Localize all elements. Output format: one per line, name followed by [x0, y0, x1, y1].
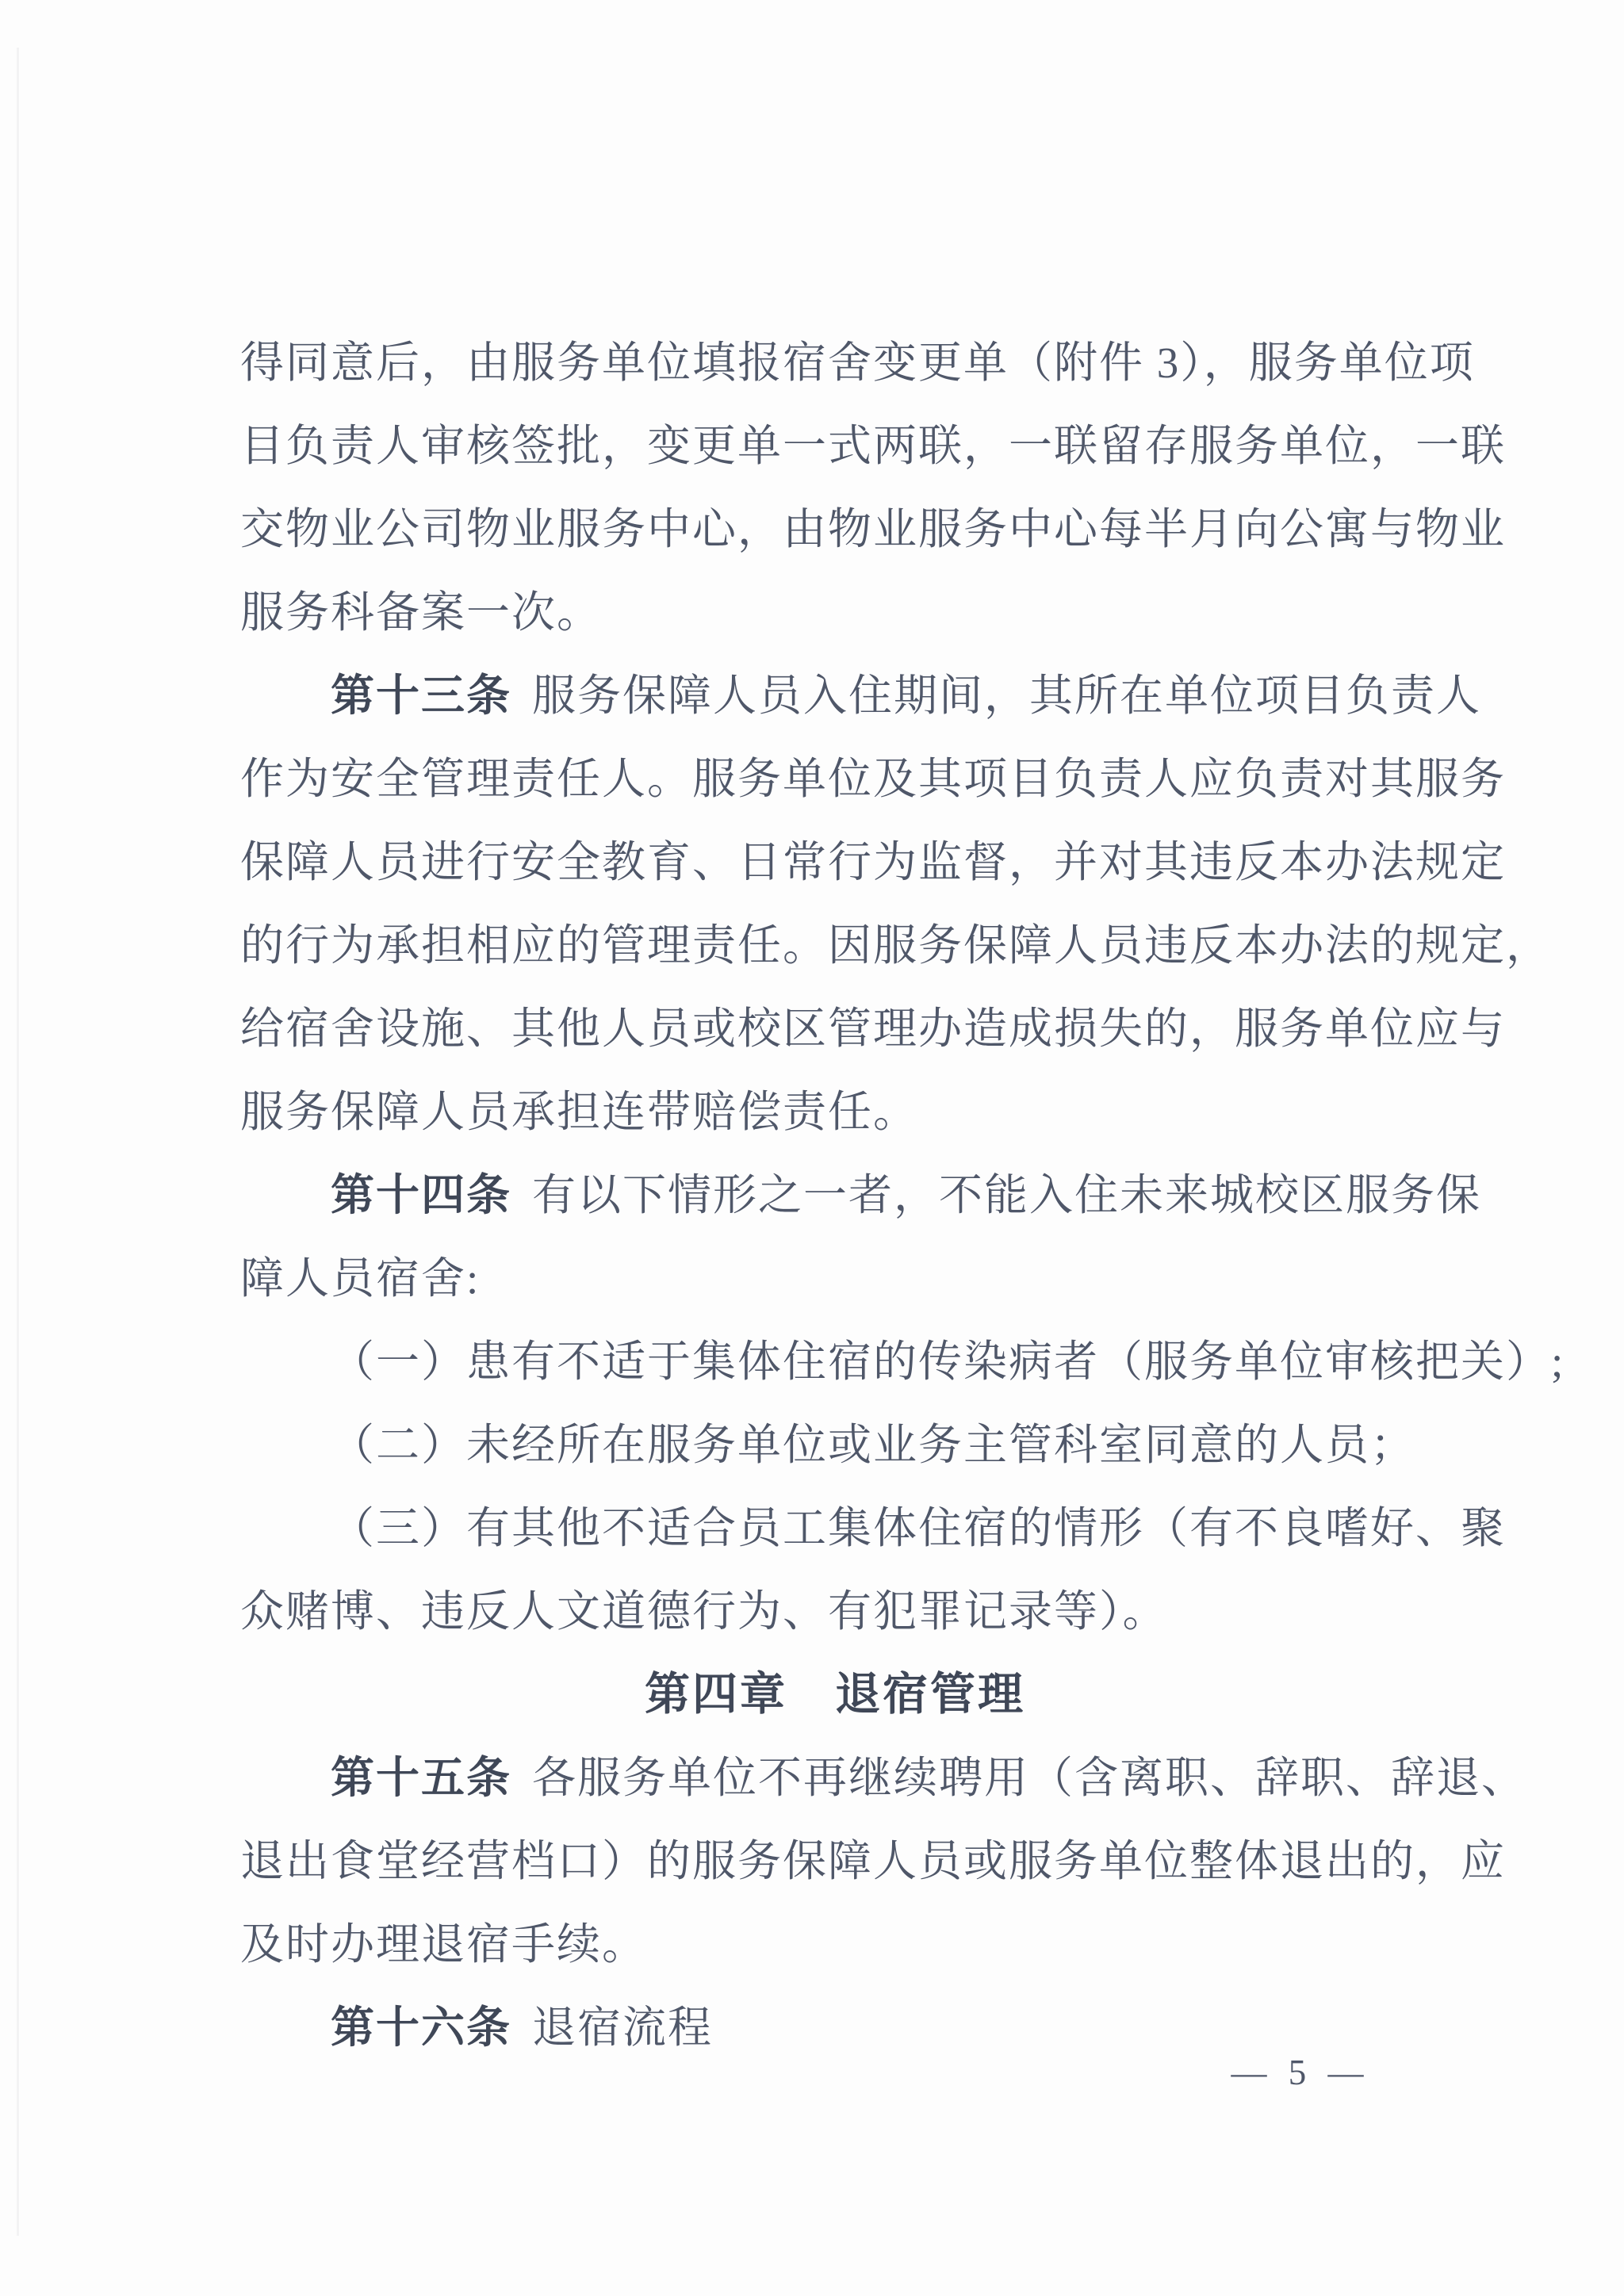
line-text: 服务科备案一次。: [240, 588, 602, 637]
document-line: 障人员宿舍:: [240, 1237, 1512, 1320]
document-line: （一）患有不适于集体住宿的传染病者（服务单位审核把关）;: [240, 1320, 1512, 1403]
document-line: 第十三条服务保障人员入住期间，其所在单位项目负责人: [240, 654, 1512, 737]
line-text: 服务保障人员入住期间，其所在单位项目负责人: [532, 672, 1481, 720]
line-text: （三）有其他不适合员工集体住宿的情形（有不良嗜好、聚: [331, 1504, 1506, 1552]
line-text: 的行为承担相应的管理责任。因服务保障人员违反本办法的规定，: [240, 921, 1551, 970]
line-text: 退出食堂经营档口）的服务保障人员或服务单位整体退出的，应: [240, 1837, 1506, 1885]
document-text-block: 得同意后，由服务单位填报宿舍变更单（附件 3），服务单位项目负责人审核签批，变更…: [240, 321, 1512, 2069]
line-text: （一）患有不适于集体住宿的传染病者（服务单位审核把关）;: [331, 1337, 1565, 1386]
page-number: — 5 —: [1205, 2047, 1396, 2098]
document-line: 第十四条有以下情形之一者，不能入住未来城校区服务保: [240, 1154, 1512, 1237]
article-number-label: 第十三条: [331, 672, 511, 720]
line-text: （二）未经所在服务单位或业务主管科室同意的人员；: [331, 1421, 1415, 1469]
chapter-heading: 第四章 退宿管理: [240, 1653, 1512, 1736]
line-text: 第四章 退宿管理: [645, 1670, 1025, 1720]
document-line: 的行为承担相应的管理责任。因服务保障人员违反本办法的规定，: [240, 904, 1512, 987]
document-line: （三）有其他不适合员工集体住宿的情形（有不良嗜好、聚: [240, 1487, 1512, 1570]
document-line: 服务保障人员承担连带赔偿责任。: [240, 1070, 1512, 1154]
line-text: 众赌博、违反人文道德行为、有犯罪记录等）。: [240, 1587, 1168, 1636]
line-text: 服务保障人员承担连带赔偿责任。: [240, 1088, 918, 1136]
document-line: 目负责人审核签批，变更单一式两联，一联留存服务单位，一联: [240, 404, 1512, 488]
article-number-label: 第十六条: [331, 2003, 511, 2052]
document-page: 得同意后，由服务单位填报宿舍变更单（附件 3），服务单位项目负责人审核签批，变更…: [0, 0, 1624, 2296]
line-text: 得同意后，由服务单位填报宿舍变更单（附件 3），服务单位项: [240, 339, 1475, 387]
document-line: 交物业公司物业服务中心，由物业服务中心每半月向公寓与物业: [240, 488, 1512, 571]
document-line: 作为安全管理责任人。服务单位及其项目负责人应负责对其服务: [240, 737, 1512, 821]
line-text: 退宿流程: [532, 2003, 713, 2052]
document-line: 给宿舍设施、其他人员或校区管理办造成损失的，服务单位应与: [240, 987, 1512, 1070]
line-text: 各服务单位不再继续聘用（含离职、辞职、辞退、: [532, 1754, 1526, 1802]
document-line: （二）未经所在服务单位或业务主管科室同意的人员；: [240, 1403, 1512, 1487]
scan-artifact-line: [17, 48, 19, 2236]
line-text: 有以下情形之一者，不能入住未来城校区服务保: [532, 1171, 1481, 1219]
document-line: 服务科备案一次。: [240, 571, 1512, 654]
line-text: 目负责人审核签批，变更单一式两联，一联留存服务单位，一联: [240, 422, 1506, 470]
line-text: 给宿舍设施、其他人员或校区管理办造成损失的，服务单位应与: [240, 1004, 1506, 1053]
line-text: 障人员宿舍:: [240, 1254, 480, 1303]
line-text: 及时办理退宿手续。: [240, 1920, 647, 1969]
document-line: 众赌博、违反人文道德行为、有犯罪记录等）。: [240, 1570, 1512, 1653]
document-line: 得同意后，由服务单位填报宿舍变更单（附件 3），服务单位项: [240, 321, 1512, 404]
article-number-label: 第十五条: [331, 1754, 511, 1802]
line-text: 交物业公司物业服务中心，由物业服务中心每半月向公寓与物业: [240, 505, 1506, 553]
document-line: 及时办理退宿手续。: [240, 1903, 1512, 1986]
document-line: 保障人员进行安全教育、日常行为监督，并对其违反本办法规定: [240, 821, 1512, 904]
document-line: 第十五条各服务单位不再继续聘用（含离职、辞职、辞退、: [240, 1736, 1512, 1820]
line-text: 保障人员进行安全教育、日常行为监督，并对其违反本办法规定: [240, 838, 1506, 886]
line-text: 作为安全管理责任人。服务单位及其项目负责人应负责对其服务: [240, 755, 1506, 803]
document-line: 退出食堂经营档口）的服务保障人员或服务单位整体退出的，应: [240, 1820, 1512, 1903]
article-number-label: 第十四条: [331, 1171, 511, 1219]
